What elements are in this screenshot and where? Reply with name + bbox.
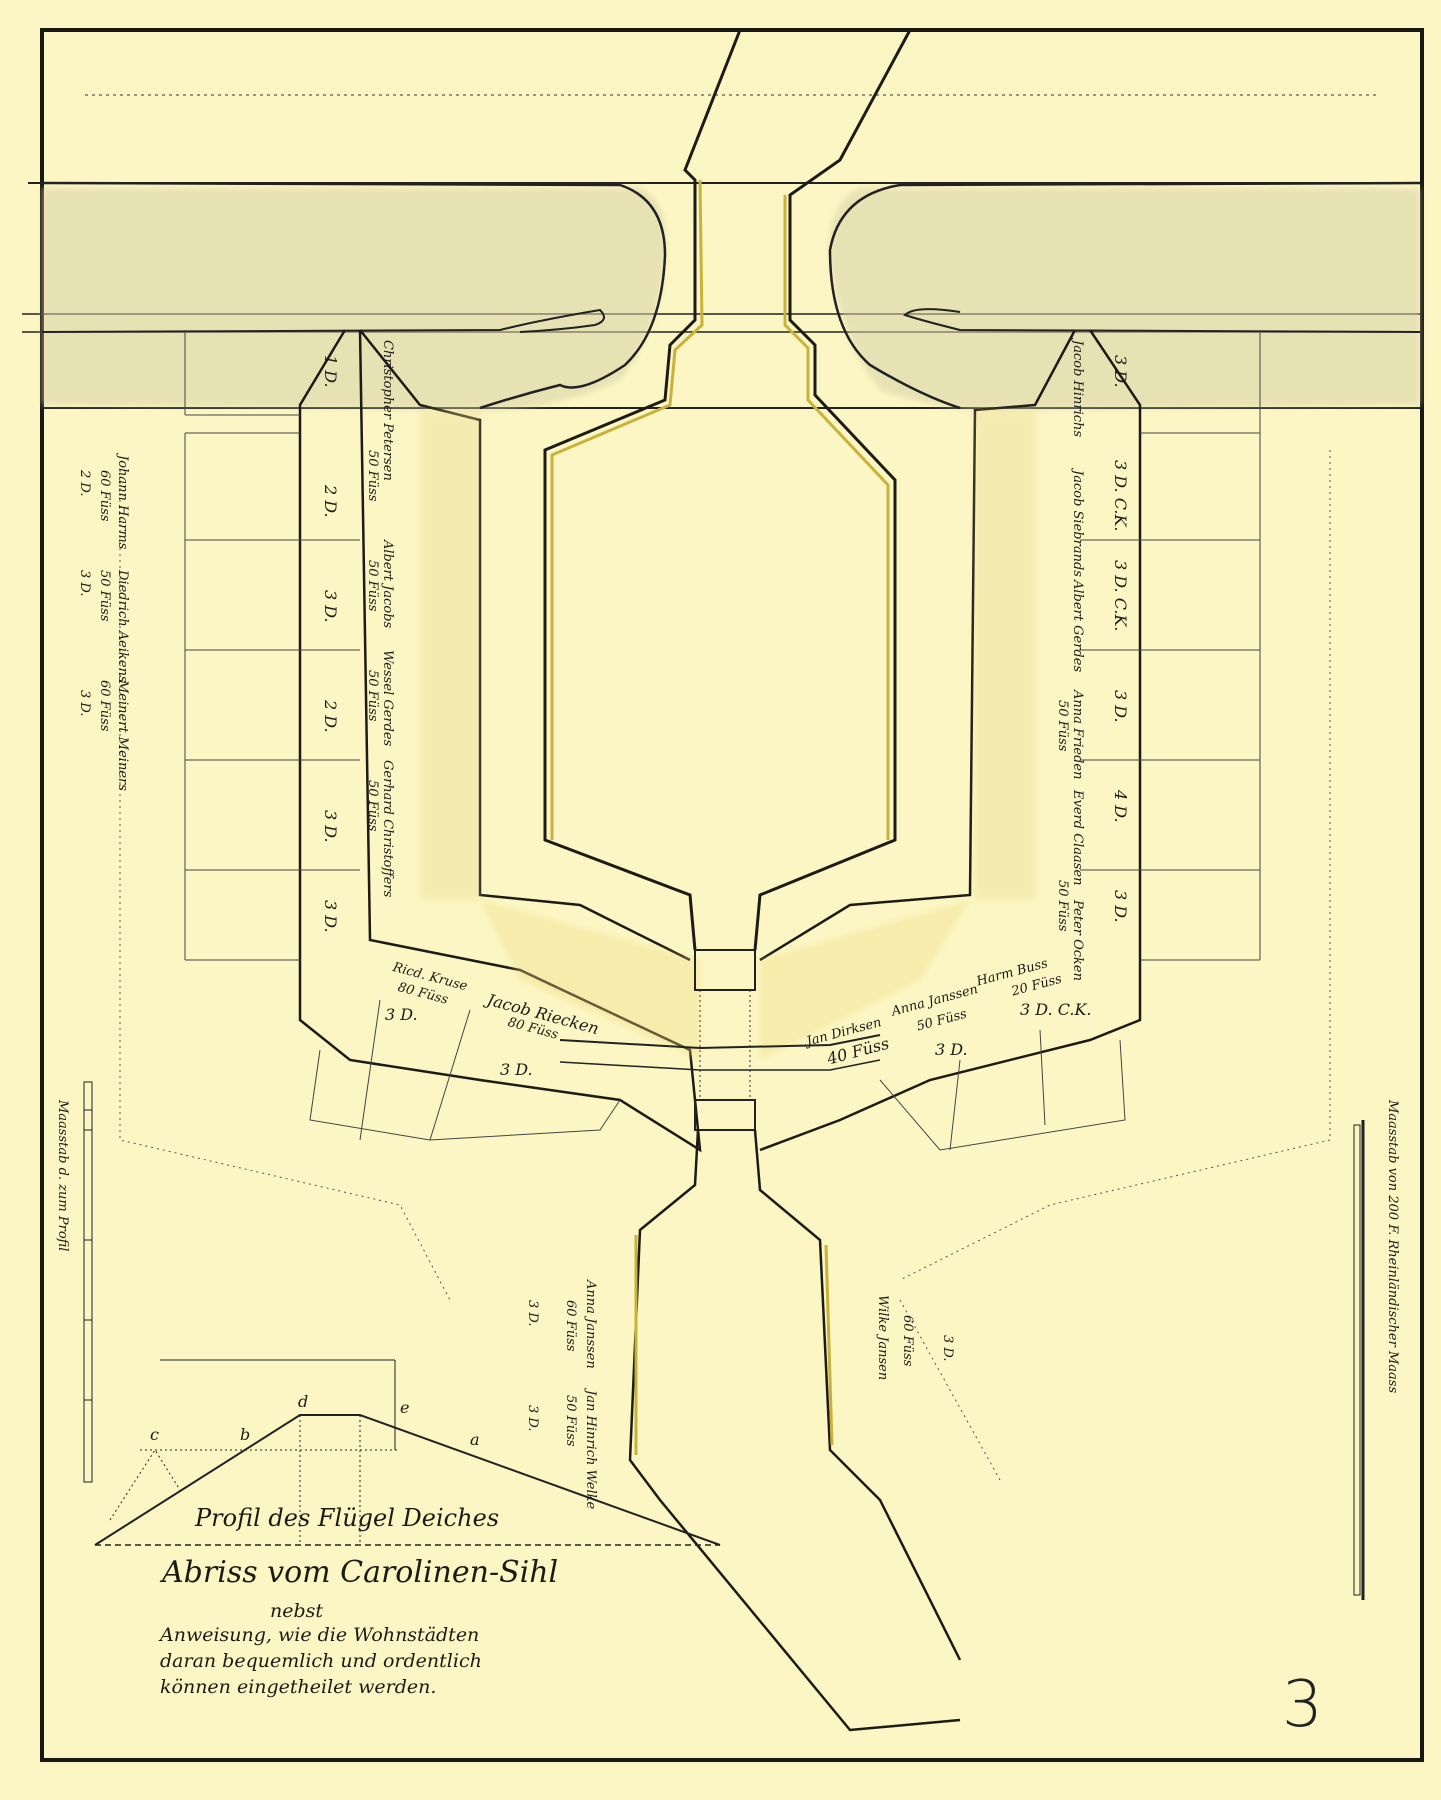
- far-left-names: Johann Harms: [115, 455, 130, 549]
- lower-right-width: 60 Füss: [900, 1315, 915, 1366]
- lower-middle-name-1: Anna Janssen: [583, 1280, 598, 1369]
- lower-middle-name-2: Jan Hinrich Welke: [583, 1390, 598, 1509]
- right-wing-width-1: 50 Füss: [1055, 700, 1070, 751]
- far-left-name-2: Diedrich Aeikens: [115, 570, 130, 683]
- title-line-2: daran bequemlich und ordentlich: [160, 1648, 482, 1674]
- lower-right-name: Wilke Jansen: [875, 1295, 890, 1380]
- left-wing-plot-4: 2 D.: [321, 700, 340, 733]
- profile-point-c: c: [150, 1425, 159, 1444]
- left-wing-width-4: 50 Füss: [365, 780, 380, 831]
- lower-middle-width-2: 50 Füss: [563, 1395, 578, 1446]
- bottom-right-plot-2: 3 D. C.K.: [1020, 1000, 1092, 1019]
- far-left-name-3: Meinert Meiners: [115, 680, 130, 791]
- right-wing-name-4: Anna Frieden: [1070, 690, 1085, 780]
- left-wing-plot-3: 3 D.: [321, 590, 340, 623]
- page-number: 3: [1282, 1668, 1323, 1742]
- bottom-right-plot-1: 3 D.: [935, 1040, 968, 1059]
- left-wing-plot-2: 2 D.: [321, 485, 340, 518]
- lower-right-plot: 3 D.: [940, 1335, 955, 1362]
- profile-point-a: a: [470, 1430, 480, 1449]
- right-wing-plot-6: 3 D.: [1111, 890, 1130, 923]
- title-connector: nebst: [270, 1598, 323, 1624]
- right-wing-plot-2: 3 D. C.K.: [1111, 460, 1130, 532]
- far-left-plot-2: 3 D.: [77, 570, 92, 597]
- left-wing-width-2: 50 Füss: [365, 560, 380, 611]
- left-wing-name-2: Albert Jacobs: [380, 540, 395, 628]
- far-left-plot-3: 3 D.: [77, 690, 92, 717]
- left-wing-width-3: 50 Füss: [365, 670, 380, 721]
- profile-label: Profil des Flügel Deiches: [195, 1504, 499, 1532]
- far-left-width-3: 60 Füss: [97, 680, 112, 731]
- right-wing-name-6: Peter Ocken: [1070, 900, 1085, 981]
- left-wing-width-1: 50 Füss: [365, 450, 380, 501]
- right-wing-name-5: Everd Claasen: [1070, 790, 1085, 886]
- bottom-left-plot-2: 3 D.: [500, 1060, 533, 1079]
- lower-middle-width-1: 60 Füss: [563, 1300, 578, 1351]
- right-wing-name-3: Albert Gerdes: [1070, 580, 1085, 672]
- bottom-left-plot-1: 3 D.: [385, 1005, 418, 1024]
- scale-right-caption: Maasstab von 200 F. Rheinländischer Maas…: [1385, 1100, 1400, 1393]
- left-wing-plot-6: 3 D.: [321, 900, 340, 933]
- profile-point-e: e: [400, 1398, 409, 1417]
- far-left-plot-1: 2 D.: [77, 470, 92, 497]
- far-left-width-1: 60 Füss: [97, 470, 112, 521]
- left-wing-name-3: Wessel Gerdes: [380, 650, 395, 746]
- lower-middle-plot-2: 3 D.: [525, 1405, 540, 1432]
- profile-point-d: d: [298, 1392, 308, 1411]
- right-wing-plot-5: 4 D.: [1111, 790, 1130, 823]
- title-line-1: Anweisung, wie die Wohnstädten: [160, 1622, 479, 1648]
- left-wing-name-4: Gerhard Christoffers: [380, 760, 395, 897]
- left-wing-plot-1: 1 D.: [321, 355, 340, 388]
- right-wing-name-2: Jacob Siebrands: [1070, 470, 1085, 577]
- left-wing-plot-5: 3 D.: [321, 810, 340, 843]
- lower-middle-plot-1: 3 D.: [525, 1300, 540, 1327]
- right-wing-plot-1: 3 D.: [1111, 355, 1130, 388]
- left-wing-name-1: Christopher Petersen: [380, 340, 395, 481]
- scale-left-caption: Maasstab d. zum Profil: [55, 1100, 70, 1251]
- document-title: Abriss vom Carolinen-Sihl: [162, 1555, 558, 1590]
- title-line-3: können eingetheilet werden.: [160, 1674, 436, 1700]
- profile-point-b: b: [240, 1425, 250, 1444]
- right-wing-width-2: 50 Füss: [1055, 880, 1070, 931]
- right-wing-plot-4: 3 D.: [1111, 690, 1130, 723]
- far-left-width-2: 50 Füss: [97, 570, 112, 621]
- right-wing-plot-3: 3 D. C.K.: [1111, 560, 1130, 632]
- right-wing-name-1: Jacob Hinrichs: [1070, 340, 1085, 437]
